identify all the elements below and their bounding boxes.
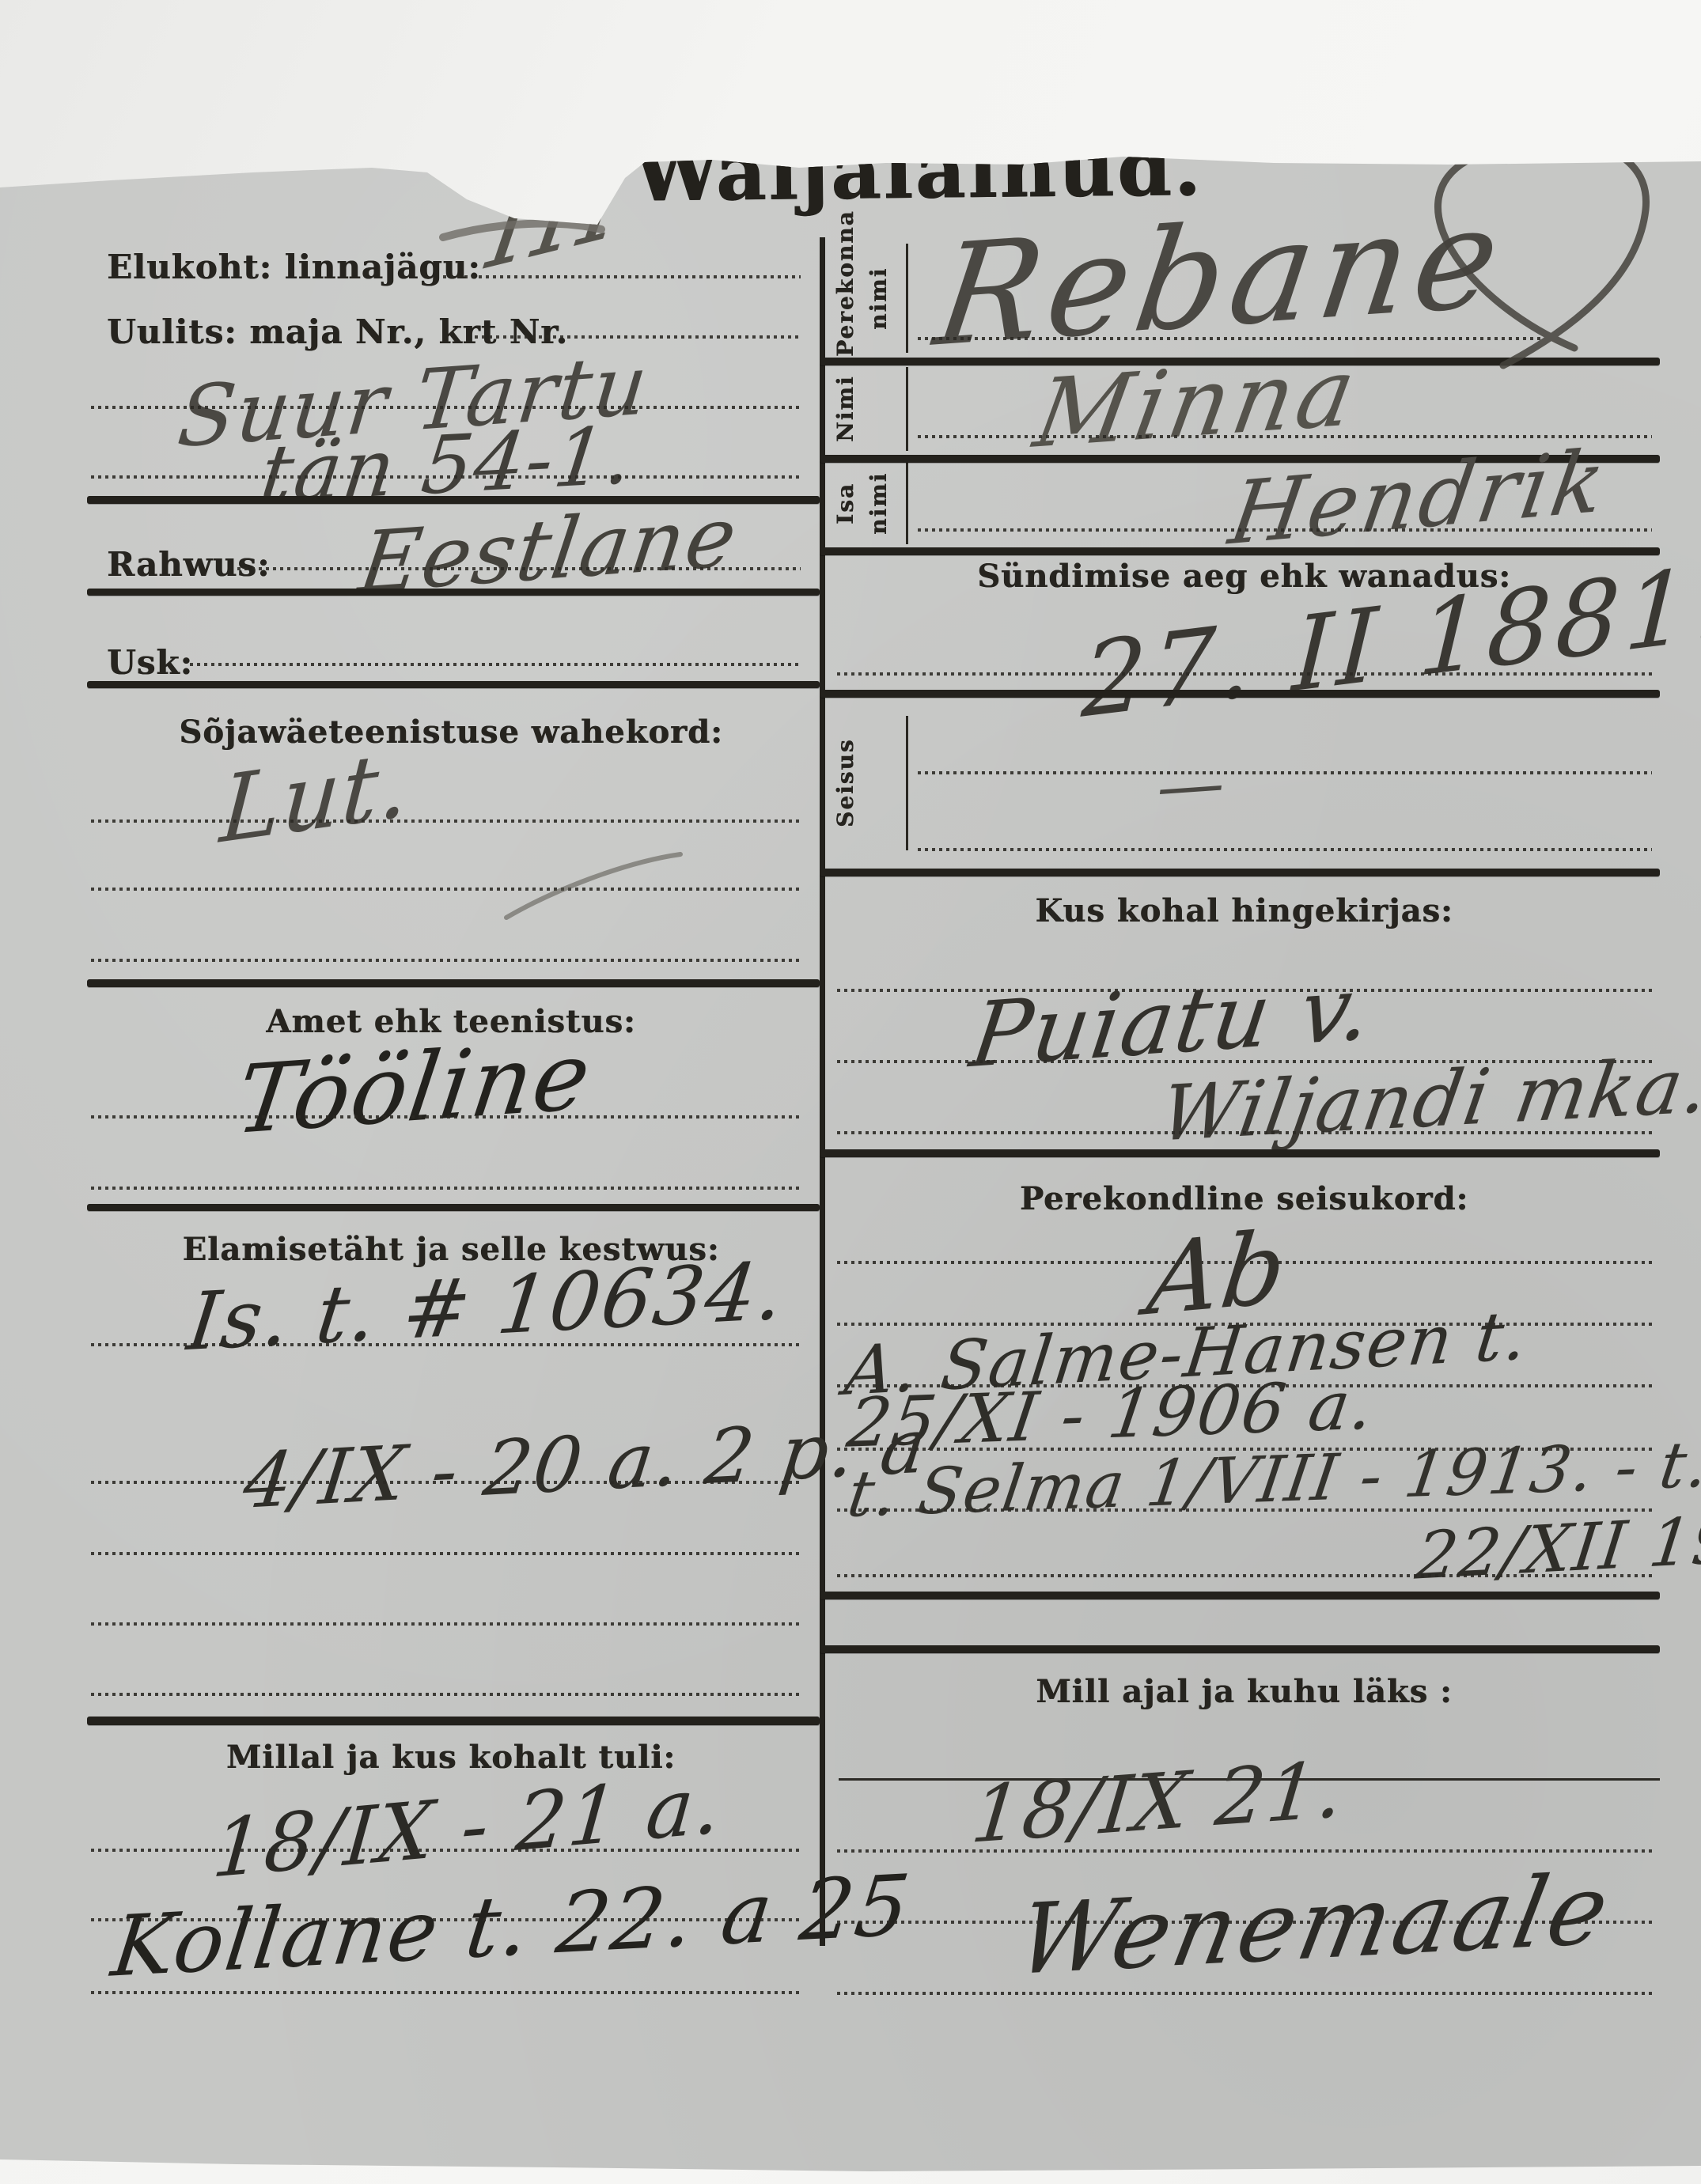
field-label-usk: Usk: xyxy=(107,645,193,680)
writing-line xyxy=(91,1187,801,1190)
writing-line xyxy=(91,475,801,479)
writing-line xyxy=(91,1918,801,1921)
handwriting-status: — xyxy=(1154,749,1228,821)
section-rule xyxy=(820,1149,1660,1157)
writing-line xyxy=(837,1992,1652,1995)
field-label-status: Seisus xyxy=(829,716,902,850)
section-rule xyxy=(87,589,820,596)
writing-line xyxy=(918,771,1652,774)
field-label-surname: Perekonna nimi xyxy=(829,240,902,357)
handwriting-permit-duration: 4/IX - 20 a. 2 p. a xyxy=(240,1409,932,1520)
writing-line xyxy=(837,1849,1652,1853)
handwriting-military: Lut. xyxy=(218,738,413,857)
section-header-registered: Kus kohal hingekirjas: xyxy=(835,892,1654,929)
writing-line xyxy=(91,1693,801,1696)
label-column-rule-2 xyxy=(906,367,908,451)
section-rule xyxy=(820,690,1660,698)
writing-line xyxy=(91,819,801,823)
writing-line xyxy=(91,959,801,962)
writing-line xyxy=(443,275,801,278)
section-header-departure: Mill ajal ja kuhu läks : xyxy=(835,1673,1654,1710)
writing-line xyxy=(91,1115,801,1118)
scanned-page: { "colors": { "paper": "#c6c7c5", "scann… xyxy=(0,0,1701,2184)
writing-line xyxy=(918,848,1652,851)
handwriting-departure-date: 18/IX 21. xyxy=(968,1751,1347,1855)
writing-line xyxy=(91,1622,801,1626)
writing-line xyxy=(91,406,801,409)
field-label-father-name: Isa nimi xyxy=(829,462,902,544)
section-rule xyxy=(820,1645,1660,1653)
label-column-rule-3 xyxy=(906,462,908,544)
section-rule xyxy=(87,1717,820,1725)
section-rule xyxy=(87,1204,820,1211)
writing-line xyxy=(91,888,801,891)
registration-card: Wäljaläinud. III Elukoht: linnajägu: Uul… xyxy=(0,0,1701,2184)
writing-line xyxy=(918,337,1543,340)
section-header-military: Sõjawäeteenistuse wahekord: xyxy=(95,713,807,751)
section-header-family-status: Perekondline seisukord: xyxy=(835,1180,1654,1217)
writing-line xyxy=(837,1574,1652,1577)
field-label-rahwus: Rahwus: xyxy=(107,547,270,582)
section-rule xyxy=(820,547,1660,555)
writing-line xyxy=(837,1508,1652,1512)
field-label-firstname: Nimi xyxy=(829,367,902,451)
writing-line xyxy=(837,1131,1652,1134)
writing-line xyxy=(91,1481,801,1484)
section-rule xyxy=(820,869,1660,876)
writing-line xyxy=(91,1991,801,1994)
writing-line xyxy=(237,567,801,570)
writing-line xyxy=(91,1552,801,1555)
handwriting-departure-place: Wenemaale xyxy=(1010,1860,1620,1989)
label-column-rule-4 xyxy=(906,716,908,850)
handwriting-occupation: Tööline xyxy=(231,1028,597,1148)
section-rule xyxy=(87,979,820,987)
field-label-elukoht: Elukoht: linnajägu: xyxy=(107,250,481,285)
writing-line xyxy=(837,672,1652,676)
column-divider xyxy=(820,237,825,1946)
card-title: Wäljaläinud. xyxy=(633,130,1188,213)
section-rule xyxy=(87,681,820,688)
writing-line xyxy=(91,1343,801,1346)
title-annotation-district: III xyxy=(481,137,638,286)
writing-line xyxy=(190,663,801,666)
label-column-rule-1 xyxy=(906,244,908,353)
handwriting-firstname: Minna xyxy=(1029,344,1366,461)
writing-line xyxy=(918,528,1652,532)
section-rule xyxy=(820,1592,1660,1599)
field-label-uulits: Uulits: maja Nr., krt Nr. xyxy=(107,315,568,350)
writing-line xyxy=(91,1849,801,1852)
